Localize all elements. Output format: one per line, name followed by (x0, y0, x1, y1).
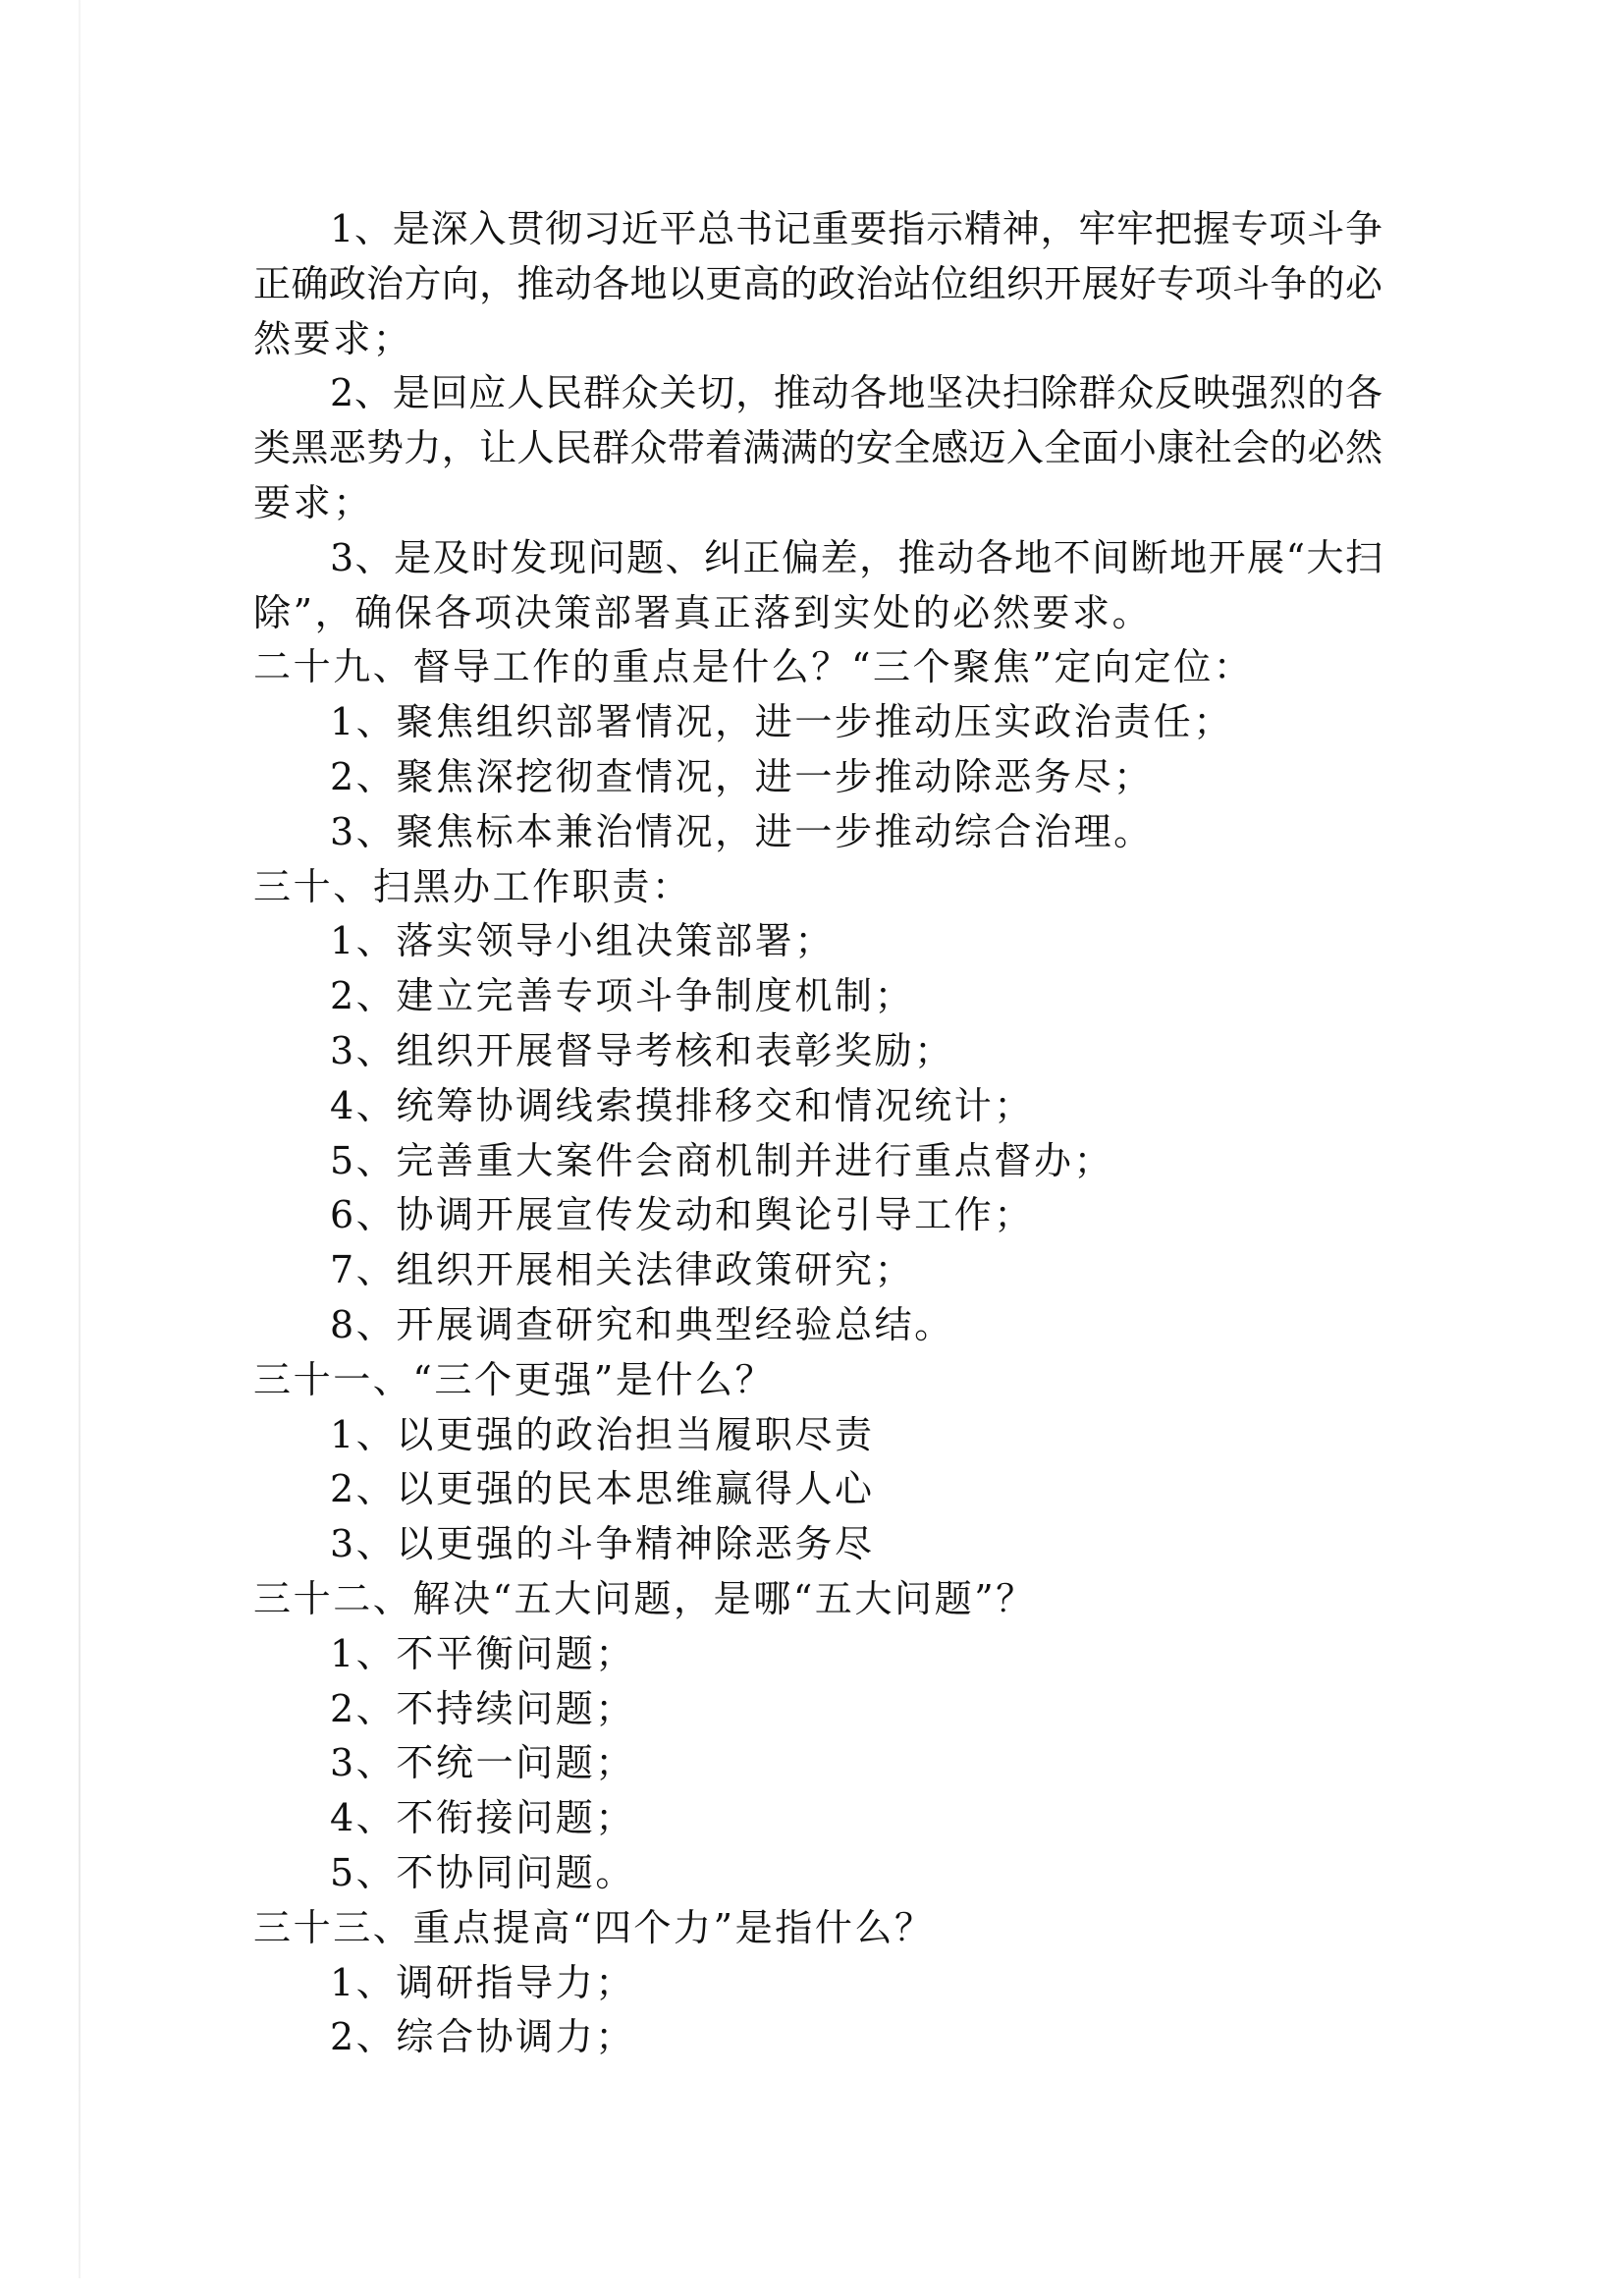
paragraph-item-3-line-1: 3、是及时发现问题、纠正偏差，推动各地不间断地开展“大扫 (253, 531, 1382, 586)
list-item: 1、以更强的政治担当履职尽责 (253, 1408, 1382, 1463)
list-item: 3、聚焦标本兼治情况，进一步推动综合治理。 (253, 805, 1382, 860)
list-item: 3、组织开展督导考核和表彰奖励； (253, 1024, 1382, 1079)
list-item: 6、协调开展宣传发动和舆论引导工作； (253, 1188, 1382, 1243)
paragraph-item-2-line-1: 2、是回应人民群众关切，推动各地坚决扫除群众反映强烈的各 (253, 366, 1382, 421)
section-heading-31: 三十一、“三个更强”是什么？ (253, 1353, 1382, 1408)
list-item: 2、综合协调力； (253, 2010, 1382, 2065)
list-item: 1、调研指导力； (253, 1956, 1382, 2011)
list-item: 2、建立完善专项斗争制度机制； (253, 969, 1382, 1024)
list-item: 5、不协同问题。 (253, 1846, 1382, 1901)
section-heading-32: 三十二、解决“五大问题，是哪“五大问题”？ (253, 1572, 1382, 1627)
list-item: 2、以更强的民本思维赢得人心 (253, 1462, 1382, 1517)
list-item: 8、开展调查研究和典型经验总结。 (253, 1298, 1382, 1353)
list-item: 3、不统一问题； (253, 1736, 1382, 1791)
list-item: 4、统筹协调线索摸排移交和情况统计； (253, 1079, 1382, 1134)
list-item: 5、完善重大案件会商机制并进行重点督办； (253, 1134, 1382, 1189)
list-item: 1、聚焦组织部署情况，进一步推动压实政治责任； (253, 695, 1382, 750)
list-item: 2、聚焦深挖彻查情况，进一步推动除恶务尽； (253, 750, 1382, 805)
list-item: 7、组织开展相关法律政策研究； (253, 1243, 1382, 1298)
paragraph-item-1-line-1: 1、是深入贯彻习近平总书记重要指示精神，牢牢把握专项斗争 (253, 202, 1382, 257)
scan-margin-line (79, 0, 81, 2278)
section-heading-33: 三十三、重点提高“四个力”是指什么？ (253, 1901, 1382, 1956)
section-heading-30: 三十、扫黑办工作职责： (253, 860, 1382, 915)
paragraph-item-2-line-3: 要求； (253, 476, 1382, 531)
list-item: 3、以更强的斗争精神除恶务尽 (253, 1517, 1382, 1572)
paragraph-item-2-line-2: 类黑恶势力，让人民群众带着满满的安全感迈入全面小康社会的必然 (253, 421, 1382, 476)
paragraph-item-3-line-2: 除”，确保各项决策部署真正落到实处的必然要求。 (253, 586, 1382, 641)
list-item: 2、不持续问题； (253, 1682, 1382, 1737)
list-item: 1、不平衡问题； (253, 1627, 1382, 1682)
list-item: 4、不衔接问题； (253, 1791, 1382, 1846)
list-item: 1、落实领导小组决策部署； (253, 914, 1382, 969)
section-heading-29: 二十九、督导工作的重点是什么？“三个聚焦”定向定位： (253, 640, 1382, 695)
paragraph-item-1-line-2: 正确政治方向，推动各地以更高的政治站位组织开展好专项斗争的必 (253, 257, 1382, 312)
paragraph-item-1-line-3: 然要求； (253, 312, 1382, 367)
document-body: 1、是深入贯彻习近平总书记重要指示精神，牢牢把握专项斗争 正确政治方向，推动各地… (253, 202, 1382, 2065)
